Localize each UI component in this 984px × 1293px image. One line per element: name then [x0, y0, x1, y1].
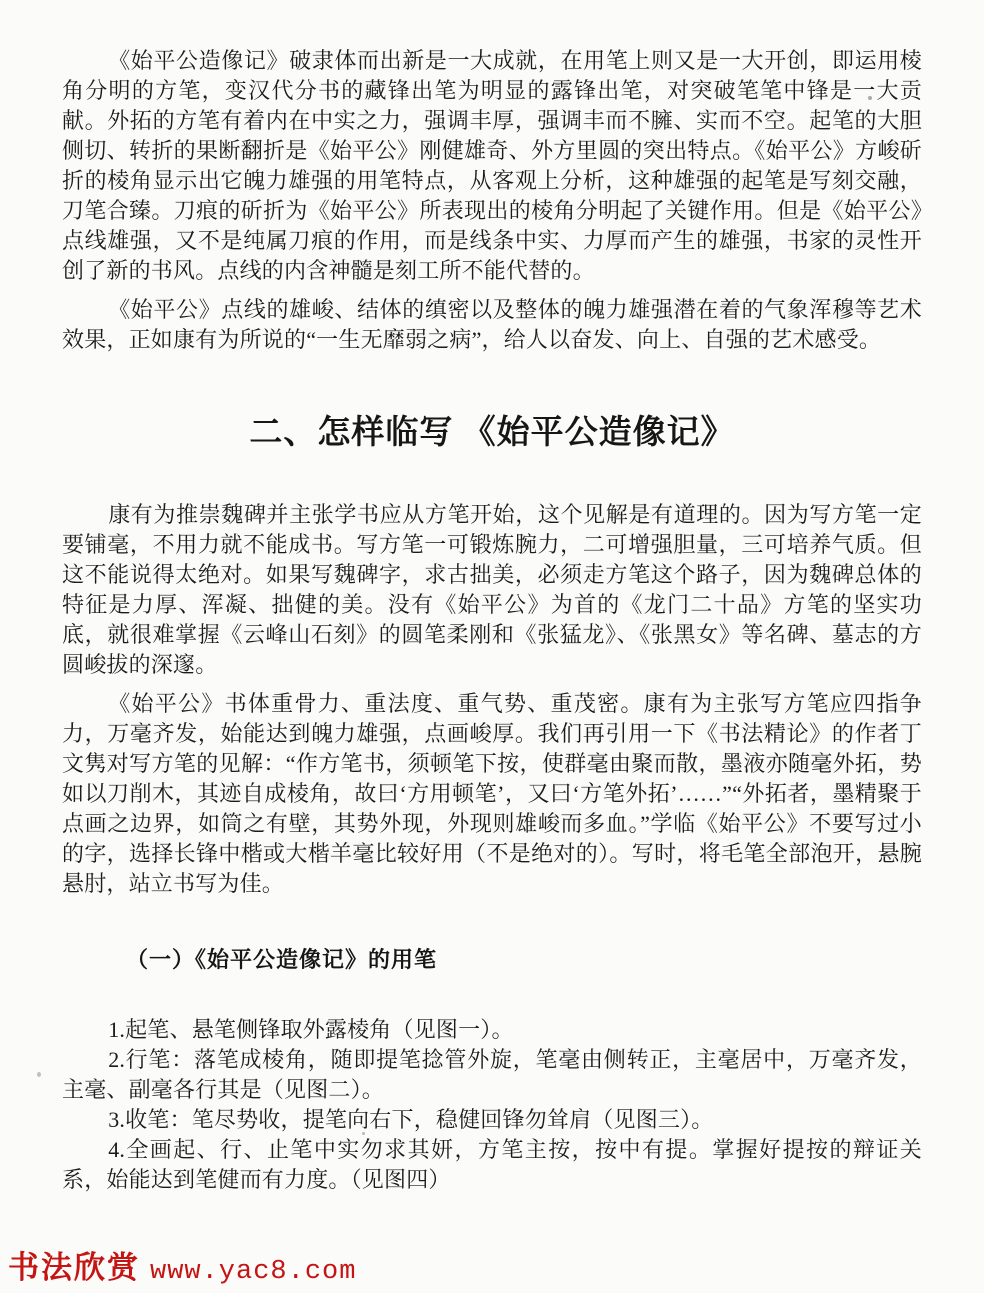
- scan-speck: [868, 96, 872, 100]
- paragraph-kang-youwei-square-brush: 康有为推崇魏碑并主张学书应从方笔开始，这个见解是有道理的。因为写方笔一定要铺毫，…: [62, 500, 922, 680]
- list-item-qibi: 1.起笔、悬笔侧锋取外露棱角（见图一）。: [62, 1015, 922, 1045]
- watermark-site-url: www.yac8.com: [150, 1257, 356, 1287]
- list-item-quanhua: 4.全画起、行、止笔中实勿求其妍，方笔主按，按中有提。掌握好提按的辩证关系，始能…: [62, 1135, 922, 1195]
- list-item-xingbi: 2.行笔：落笔成棱角，随即提笔捻管外旋，笔毫由侧转正，主毫居中，万毫齐发，主毫、…: [62, 1045, 922, 1105]
- paragraph-square-brush-method: 《始平公》书体重骨力、重法度、重气势、重茂密。康有为主张写方笔应四指争力，万毫齐…: [62, 689, 922, 899]
- scan-speck: [362, 1132, 365, 1135]
- paragraph-shipinggong-brushwork: 《始平公造像记》破隶体而出新是一大成就，在用笔上则又是一大开创，即运用棱角分明的…: [62, 46, 922, 286]
- paragraph-artistic-effect: 《始平公》点线的雄峻、结体的缜密以及整体的魄力雄强潜在着的气象浑穆等艺术效果，正…: [62, 295, 922, 355]
- section-heading: 二、怎样临写 《始平公造像记》: [62, 411, 922, 456]
- watermark: 书法欣赏www.yac8.com: [8, 1242, 356, 1287]
- scanned-book-page: 《始平公造像记》破隶体而出新是一大成就，在用笔上则又是一大开创，即运用棱角分明的…: [0, 0, 984, 1293]
- page-content: 《始平公造像记》破隶体而出新是一大成就，在用笔上则又是一大开创，即运用棱角分明的…: [62, 46, 922, 1195]
- subsection-heading: （一）《始平公造像记》的用笔: [126, 945, 922, 975]
- scan-speck: [37, 1072, 41, 1077]
- watermark-site-name: 书法欣赏: [8, 1250, 140, 1285]
- list-item-shoubi: 3.收笔：笔尽势收，提笔向右下，稳健回锋勿耸肩（见图三）。: [62, 1105, 922, 1135]
